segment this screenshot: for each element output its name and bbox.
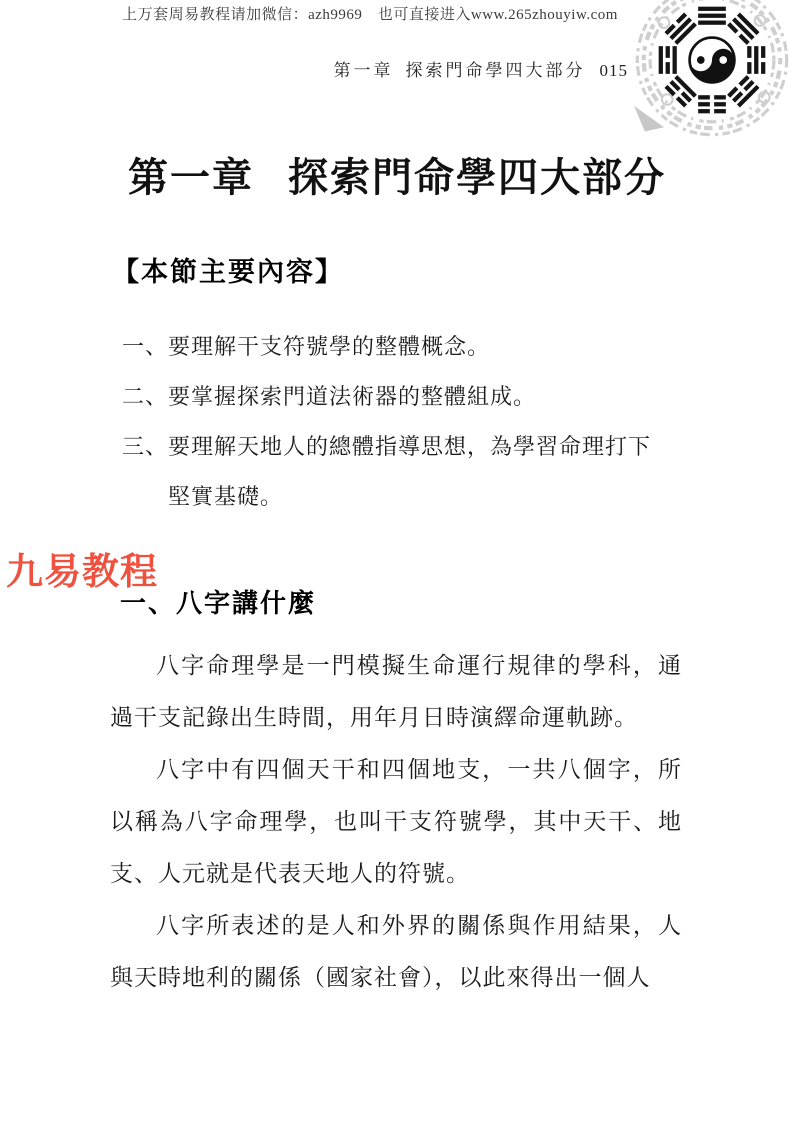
list-item-2: 二、要掌握探索門道法術器的整體組成。 (122, 372, 722, 422)
running-chapter: 第一章 (334, 61, 394, 80)
body-text: 八字命理學是一門模擬生命運行規律的學科，通過干支記錄出生時間，用年月日時演繹命運… (110, 640, 682, 1004)
list-item-3: 三、要理解天地人的總體指導思想，為學習命理打下 (122, 422, 722, 472)
chapter-title-number: 第一章 (128, 155, 254, 200)
running-header: 第一章探索門命學四大部分015 (0, 56, 628, 81)
bagua-seal-graphic (632, 0, 792, 140)
yinyang-icon (690, 38, 735, 83)
chapter-title-text: 探索門命學四大部分 (288, 155, 666, 200)
overview-heading: 【本節主要內容】 (112, 250, 344, 289)
overview-list: 一、要理解干支符號學的整體概念。 二、要掌握探索門道法術器的整體組成。 三、要理… (122, 322, 722, 522)
promo-banner: 上万套周易教程请加微信：azh9969 也可直接进入www.265zhouyiw… (0, 3, 740, 24)
paragraph-3: 八字所表述的是人和外界的關係與作用結果，人與天時地利的關係（國家社會），以此來得… (110, 900, 682, 1004)
page-number: 015 (600, 61, 629, 80)
list-item-1: 一、要理解干支符號學的整體概念。 (122, 322, 722, 372)
bagua-seal (632, 0, 792, 140)
book-page: 上万套周易教程请加微信：azh9969 也可直接进入www.265zhouyiw… (0, 0, 794, 1123)
chapter-title: 第一章探索門命學四大部分 (0, 146, 794, 203)
paragraph-1: 八字命理學是一門模擬生命運行規律的學科，通過干支記錄出生時間，用年月日時演繹命運… (110, 640, 682, 744)
running-title: 探索門命學四大部分 (406, 61, 586, 80)
list-item-3-continuation: 堅實基礎。 (122, 472, 722, 522)
shadow-wedge (634, 106, 664, 132)
section-heading: 一、八字講什麼 (120, 583, 316, 620)
paragraph-2: 八字中有四個天干和四個地支，一共八個字，所以稱為八字命理學，也叫干支符號學，其中… (110, 744, 682, 900)
